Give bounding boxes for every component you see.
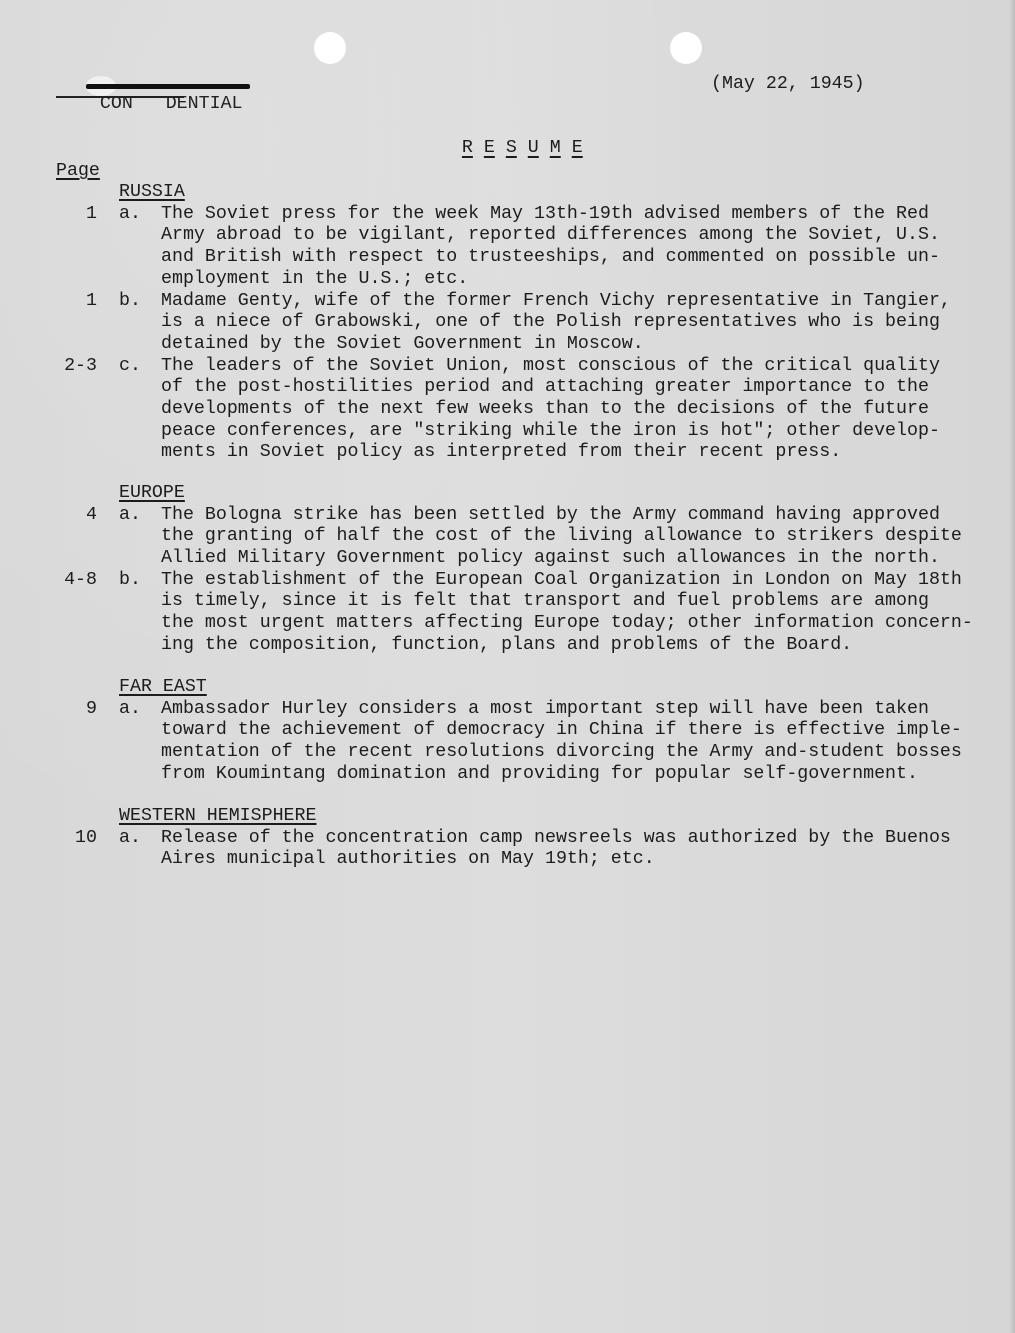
title-letter: R [462, 138, 473, 158]
item-letter: a. [119, 699, 141, 719]
text-line: Release of the concentration camp newsre… [161, 828, 981, 850]
text-line: The establishment of the European Coal O… [161, 570, 981, 592]
page-reference: 1 [0, 204, 97, 224]
punch-hole-left [314, 32, 346, 64]
item-letter: c. [119, 356, 141, 376]
text-line: ments in Soviet policy as interpreted fr… [161, 442, 981, 464]
text-line: Army abroad to be vigilant, reported dif… [161, 225, 981, 247]
section-title: EUROPE [119, 483, 185, 503]
text-line: developments of the next few weeks than … [161, 399, 981, 421]
item-text: The Soviet press for the week May 13th-1… [161, 204, 981, 291]
item-text: The Bologna strike has been settled by t… [161, 505, 981, 570]
text-line: Allied Military Government policy agains… [161, 548, 981, 570]
punch-hole-right [670, 32, 702, 64]
text-line: Aires municipal authorities on May 19th;… [161, 849, 981, 871]
item-letter: a. [119, 505, 141, 525]
text-line: Madame Genty, wife of the former French … [161, 291, 981, 313]
item-text: Madame Genty, wife of the former French … [161, 291, 981, 356]
text-line: the granting of half the cost of the liv… [161, 526, 981, 548]
section-title: RUSSIA [119, 182, 185, 202]
page-reference: 4 [0, 505, 97, 525]
item-letter: a. [119, 828, 141, 848]
item-letter: b. [119, 570, 141, 590]
item-text: Ambassador Hurley considers a most impor… [161, 699, 981, 786]
item-letter: a. [119, 204, 141, 224]
text-line: of the post-hostilities period and attac… [161, 377, 981, 399]
page-reference: 9 [0, 699, 97, 719]
text-line: and British with respect to trusteeships… [161, 247, 981, 269]
item-text: The establishment of the European Coal O… [161, 570, 981, 657]
page-reference: 10 [0, 828, 97, 848]
text-line: The Bologna strike has been settled by t… [161, 505, 981, 527]
item-letter: b. [119, 291, 141, 311]
text-line: mentation of the recent resolutions divo… [161, 742, 981, 764]
title-letter: E [484, 138, 495, 158]
title-letter: E [572, 138, 583, 158]
title-letter: S [506, 138, 517, 158]
text-line: peace conferences, are "striking while t… [161, 421, 981, 443]
text-line: detained by the Soviet Government in Mos… [161, 334, 981, 356]
text-line: ing the composition, function, plans and… [161, 635, 981, 657]
text-line: the most urgent matters affecting Europe… [161, 613, 981, 635]
text-line: is timely, since it is felt that transpo… [161, 591, 981, 613]
classification-underline [56, 96, 184, 98]
item-text: Release of the concentration camp newsre… [161, 828, 981, 871]
scanned-page: CON DENTIAL (May 22, 1945) R E S U M E P… [0, 0, 1015, 1333]
text-line: Ambassador Hurley considers a most impor… [161, 699, 981, 721]
page-reference: 1 [0, 291, 97, 311]
section-title: FAR EAST [119, 677, 207, 697]
text-line: employment in the U.S.; etc. [161, 269, 981, 291]
page-column-label: Page [56, 161, 100, 181]
document-title: R E S U M E [418, 118, 583, 178]
text-line: from Koumintang domination and providing… [161, 764, 981, 786]
text-line: toward the achievement of democracy in C… [161, 720, 981, 742]
section-title: WESTERN HEMISPHERE [119, 806, 316, 826]
strikethrough-mark [86, 84, 250, 89]
page-reference: 4-8 [0, 570, 97, 590]
title-letter: U [528, 138, 539, 158]
item-text: The leaders of the Soviet Union, most co… [161, 356, 981, 464]
document-date: (May 22, 1945) [711, 74, 865, 94]
text-line: The Soviet press for the week May 13th-1… [161, 204, 981, 226]
text-line: is a niece of Grabowski, one of the Poli… [161, 312, 981, 334]
text-line: The leaders of the Soviet Union, most co… [161, 356, 981, 378]
title-letter: M [550, 138, 561, 158]
page-reference: 2-3 [0, 356, 97, 376]
